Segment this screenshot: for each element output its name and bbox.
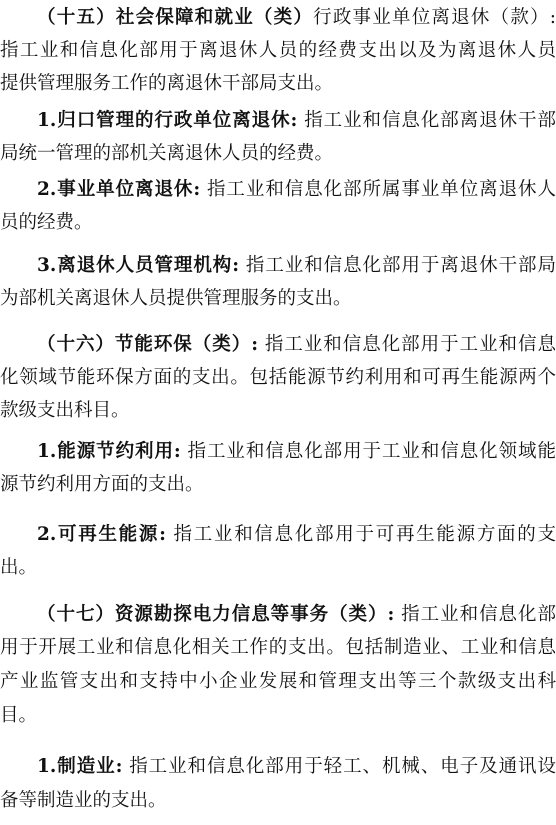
item-16-2-line-2: 出。 [0,556,556,580]
item-15-1-heading: 1.归口管理的行政单位离退休: [37,110,297,131]
section-15-heading: （十五）社会保障和就业（类） [37,7,313,28]
item-17-1-heading: 1.制造业: [37,756,122,777]
section-15-line-1: （十五）社会保障和就业（类）行政事业单位离退休（款）: [0,6,556,30]
item-15-1-line-2: 局统一管理的部机关离退休人员的经费。 [0,142,556,166]
item-15-3-line-2: 为部机关离退休人员提供管理服务的支出。 [0,287,556,311]
item-16-2-line-1: 2.可再生能源: 指工业和信息化部用于可再生能源方面的支 [0,523,556,547]
item-17-1-line-1: 1.制造业: 指工业和信息化部用于轻工、机械、电子及通讯设 [0,755,556,779]
section-17-line-1: （十七）资源勘探电力信息等事务（类）: 指工业和信息化部 [0,603,556,627]
item-15-2-line-2: 员的经费。 [0,211,556,235]
item-16-1-line-2: 源节约利用方面的支出。 [0,473,556,497]
item-15-3-line-1: 3.离退休人员管理机构: 指工业和信息化部用于离退休干部局 [0,254,556,278]
section-15-line-2: 指工业和信息化部用于离退休人员的经费支出以及为离退休人员 [0,39,556,63]
item-15-2-heading: 2.事业单位离退休: [37,179,200,200]
item-15-2-line-1: 2.事业单位离退休: 指工业和信息化部所属事业单位离退休人 [0,178,556,202]
section-15-text: 行政事业单位离退休（款）: [313,7,556,28]
section-17-line-3: 产业监管支出和支持中小企业发展和管理支出等三个款级支出科 [0,670,556,694]
item-16-2-text: 指工业和信息化部用于可再生能源方面的支 [166,524,556,545]
section-16-line-2: 化领域节能环保方面的支出。包括能源节约利用和可再生能源两个 [0,366,556,390]
section-17-line-4: 目。 [0,704,556,728]
section-17-line-2: 用于开展工业和信息化相关工作的支出。包括制造业、工业和信息 [0,636,556,660]
item-15-3-text: 指工业和信息化部用于离退休干部局 [239,255,556,276]
section-16-line-1: （十六）节能环保（类）: 指工业和信息化部用于工业和信息 [0,333,556,357]
item-15-1-line-1: 1.归口管理的行政单位离退休: 指工业和信息化部离退休干部 [0,109,556,133]
item-16-2-heading: 2.可再生能源: [37,524,166,545]
item-15-2-text: 指工业和信息化部所属事业单位离退休人 [200,179,556,200]
item-17-1-text: 指工业和信息化部用于轻工、机械、电子及通讯设 [122,756,556,777]
section-15-line-3: 提供管理服务工作的离退休干部局支出。 [0,72,556,96]
item-16-1-text: 指工业和信息化部用于工业和信息化领域能 [181,441,556,462]
item-15-1-text: 指工业和信息化部离退休干部 [297,110,556,131]
item-17-1-line-2: 备等制造业的支出。 [0,789,556,813]
section-17-heading: （十七）资源勘探电力信息等事务（类）: [37,604,394,625]
section-16-heading: （十六）节能环保（类）: [37,334,258,355]
section-16-text: 指工业和信息化部用于工业和信息 [258,334,556,355]
item-15-3-heading: 3.离退休人员管理机构: [37,255,239,276]
section-17-text: 指工业和信息化部 [394,604,556,625]
section-16-line-3: 款级支出科目。 [0,399,556,423]
item-16-1-heading: 1.能源节约利用: [37,441,181,462]
item-16-1-line-1: 1.能源节约利用: 指工业和信息化部用于工业和信息化领域能 [0,440,556,464]
